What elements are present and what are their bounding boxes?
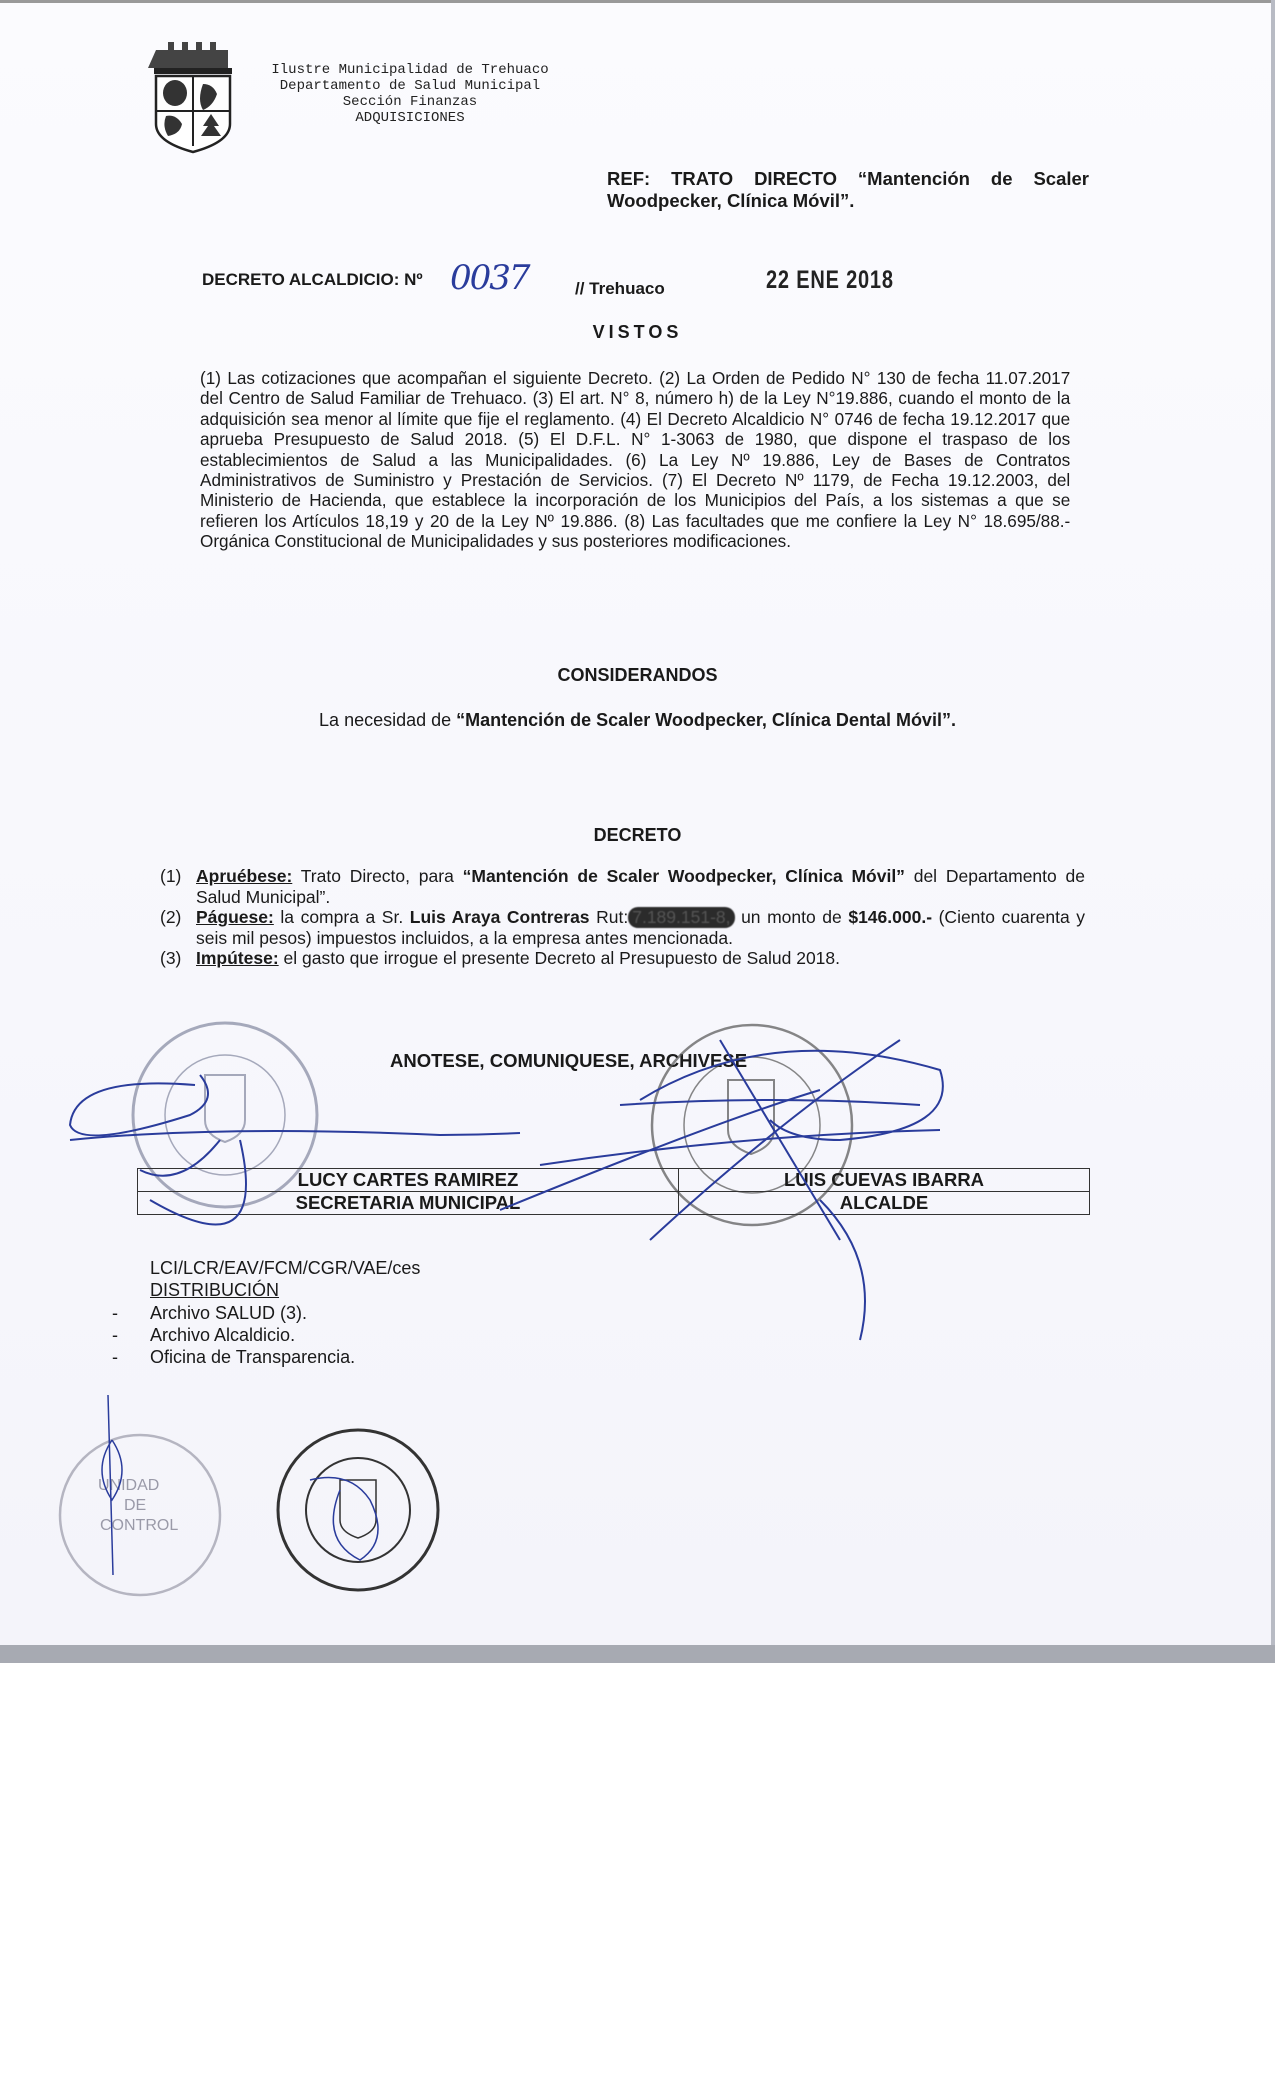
signer-right-title: ALCALDE xyxy=(679,1192,1090,1215)
item-subject: “Mantención de Scaler Woodpecker, Clínic… xyxy=(463,866,905,886)
municipal-crest-icon xyxy=(148,36,238,154)
item-text: Trato Directo, para xyxy=(292,866,462,886)
item-number: (3) xyxy=(160,948,196,969)
signer-right-name: LUIS CUEVAS IBARRA xyxy=(679,1169,1090,1192)
distribution-item: -Archivo Alcaldicio. xyxy=(112,1324,355,1346)
decreto-list: (1) Apruébese: Trato Directo, para “Mant… xyxy=(160,866,1085,969)
item-verb: Apruébese: xyxy=(196,866,292,886)
payment-amount: $146.000.- xyxy=(848,907,932,927)
considerandos-body: La necesidad de “Mantención de Scaler Wo… xyxy=(0,710,1275,731)
distribution-heading: DISTRIBUCIÓN xyxy=(150,1280,279,1301)
item-verb: Páguese: xyxy=(196,907,274,927)
letterhead-line: ADQUISICIONES xyxy=(240,110,580,126)
distribution-list: -Archivo SALUD (3). -Archivo Alcaldicio.… xyxy=(112,1302,355,1368)
distribution-item-text: Oficina de Transparencia. xyxy=(150,1346,355,1368)
item-verb: Impútese: xyxy=(196,948,279,968)
considerandos-subject: “Mantención de Scaler Woodpecker, Clínic… xyxy=(456,710,956,730)
decreto-item-pay: (2) Páguese: la compra a Sr. Luis Araya … xyxy=(160,907,1085,948)
distribution-item-text: Archivo Alcaldicio. xyxy=(150,1324,295,1346)
distribution-item: -Oficina de Transparencia. xyxy=(112,1346,355,1368)
item-text: el gasto que irrogue el presente Decreto… xyxy=(279,948,840,968)
considerandos-heading: CONSIDERANDOS xyxy=(0,665,1275,686)
letterhead-line: Departamento de Salud Municipal xyxy=(240,78,580,94)
reference-subject: REF: TRATO DIRECTO “Mantención de Scaler… xyxy=(607,168,1089,212)
closing-formula: ANOTESE, COMUNIQUESE, ARCHIVESE xyxy=(390,1050,747,1072)
vistos-heading: VISTOS xyxy=(0,322,1275,343)
scanner-bottom-edge xyxy=(0,1645,1275,1663)
item-number: (1) xyxy=(160,866,196,907)
signature-table: LUCY CARTES RAMIREZ LUIS CUEVAS IBARRA S… xyxy=(137,1168,1090,1215)
decree-number-handwritten: 0037 xyxy=(450,258,529,298)
rut-redacted: 7.189.151-8, xyxy=(628,907,734,928)
decreto-item-approve: (1) Apruébese: Trato Directo, para “Mant… xyxy=(160,866,1085,907)
letterhead-line: Ilustre Municipalidad de Trehuaco xyxy=(240,62,580,78)
decree-place: // Trehuaco xyxy=(575,279,665,299)
item-text: la compra a Sr. xyxy=(274,907,410,927)
rut-label: Rut: xyxy=(590,907,629,927)
letterhead-line: Sección Finanzas xyxy=(240,94,580,110)
drafter-initials: LCI/LCR/EAV/FCM/CGR/VAE/ces xyxy=(150,1258,420,1279)
date-stamp: 22 ENE 2018 xyxy=(766,266,894,295)
letterhead: Ilustre Municipalidad de Trehuaco Depart… xyxy=(240,62,580,126)
item-text: un monto de xyxy=(735,907,849,927)
considerandos-prefix: La necesidad de xyxy=(319,710,456,730)
supplier-name: Luis Araya Contreras xyxy=(410,907,590,927)
distribution-item-text: Archivo SALUD (3). xyxy=(150,1302,307,1324)
vistos-body: (1) Las cotizaciones que acompañan el si… xyxy=(200,368,1070,552)
signer-left-title: SECRETARIA MUNICIPAL xyxy=(138,1192,679,1215)
signer-left-name: LUCY CARTES RAMIREZ xyxy=(138,1169,679,1192)
item-number: (2) xyxy=(160,907,196,948)
distribution-item: -Archivo SALUD (3). xyxy=(112,1302,355,1324)
decreto-heading: DECRETO xyxy=(0,825,1275,846)
decreto-item-charge: (3) Impútese: el gasto que irrogue el pr… xyxy=(160,948,1085,969)
decree-label: DECRETO ALCALDICIO: Nº xyxy=(202,270,423,290)
